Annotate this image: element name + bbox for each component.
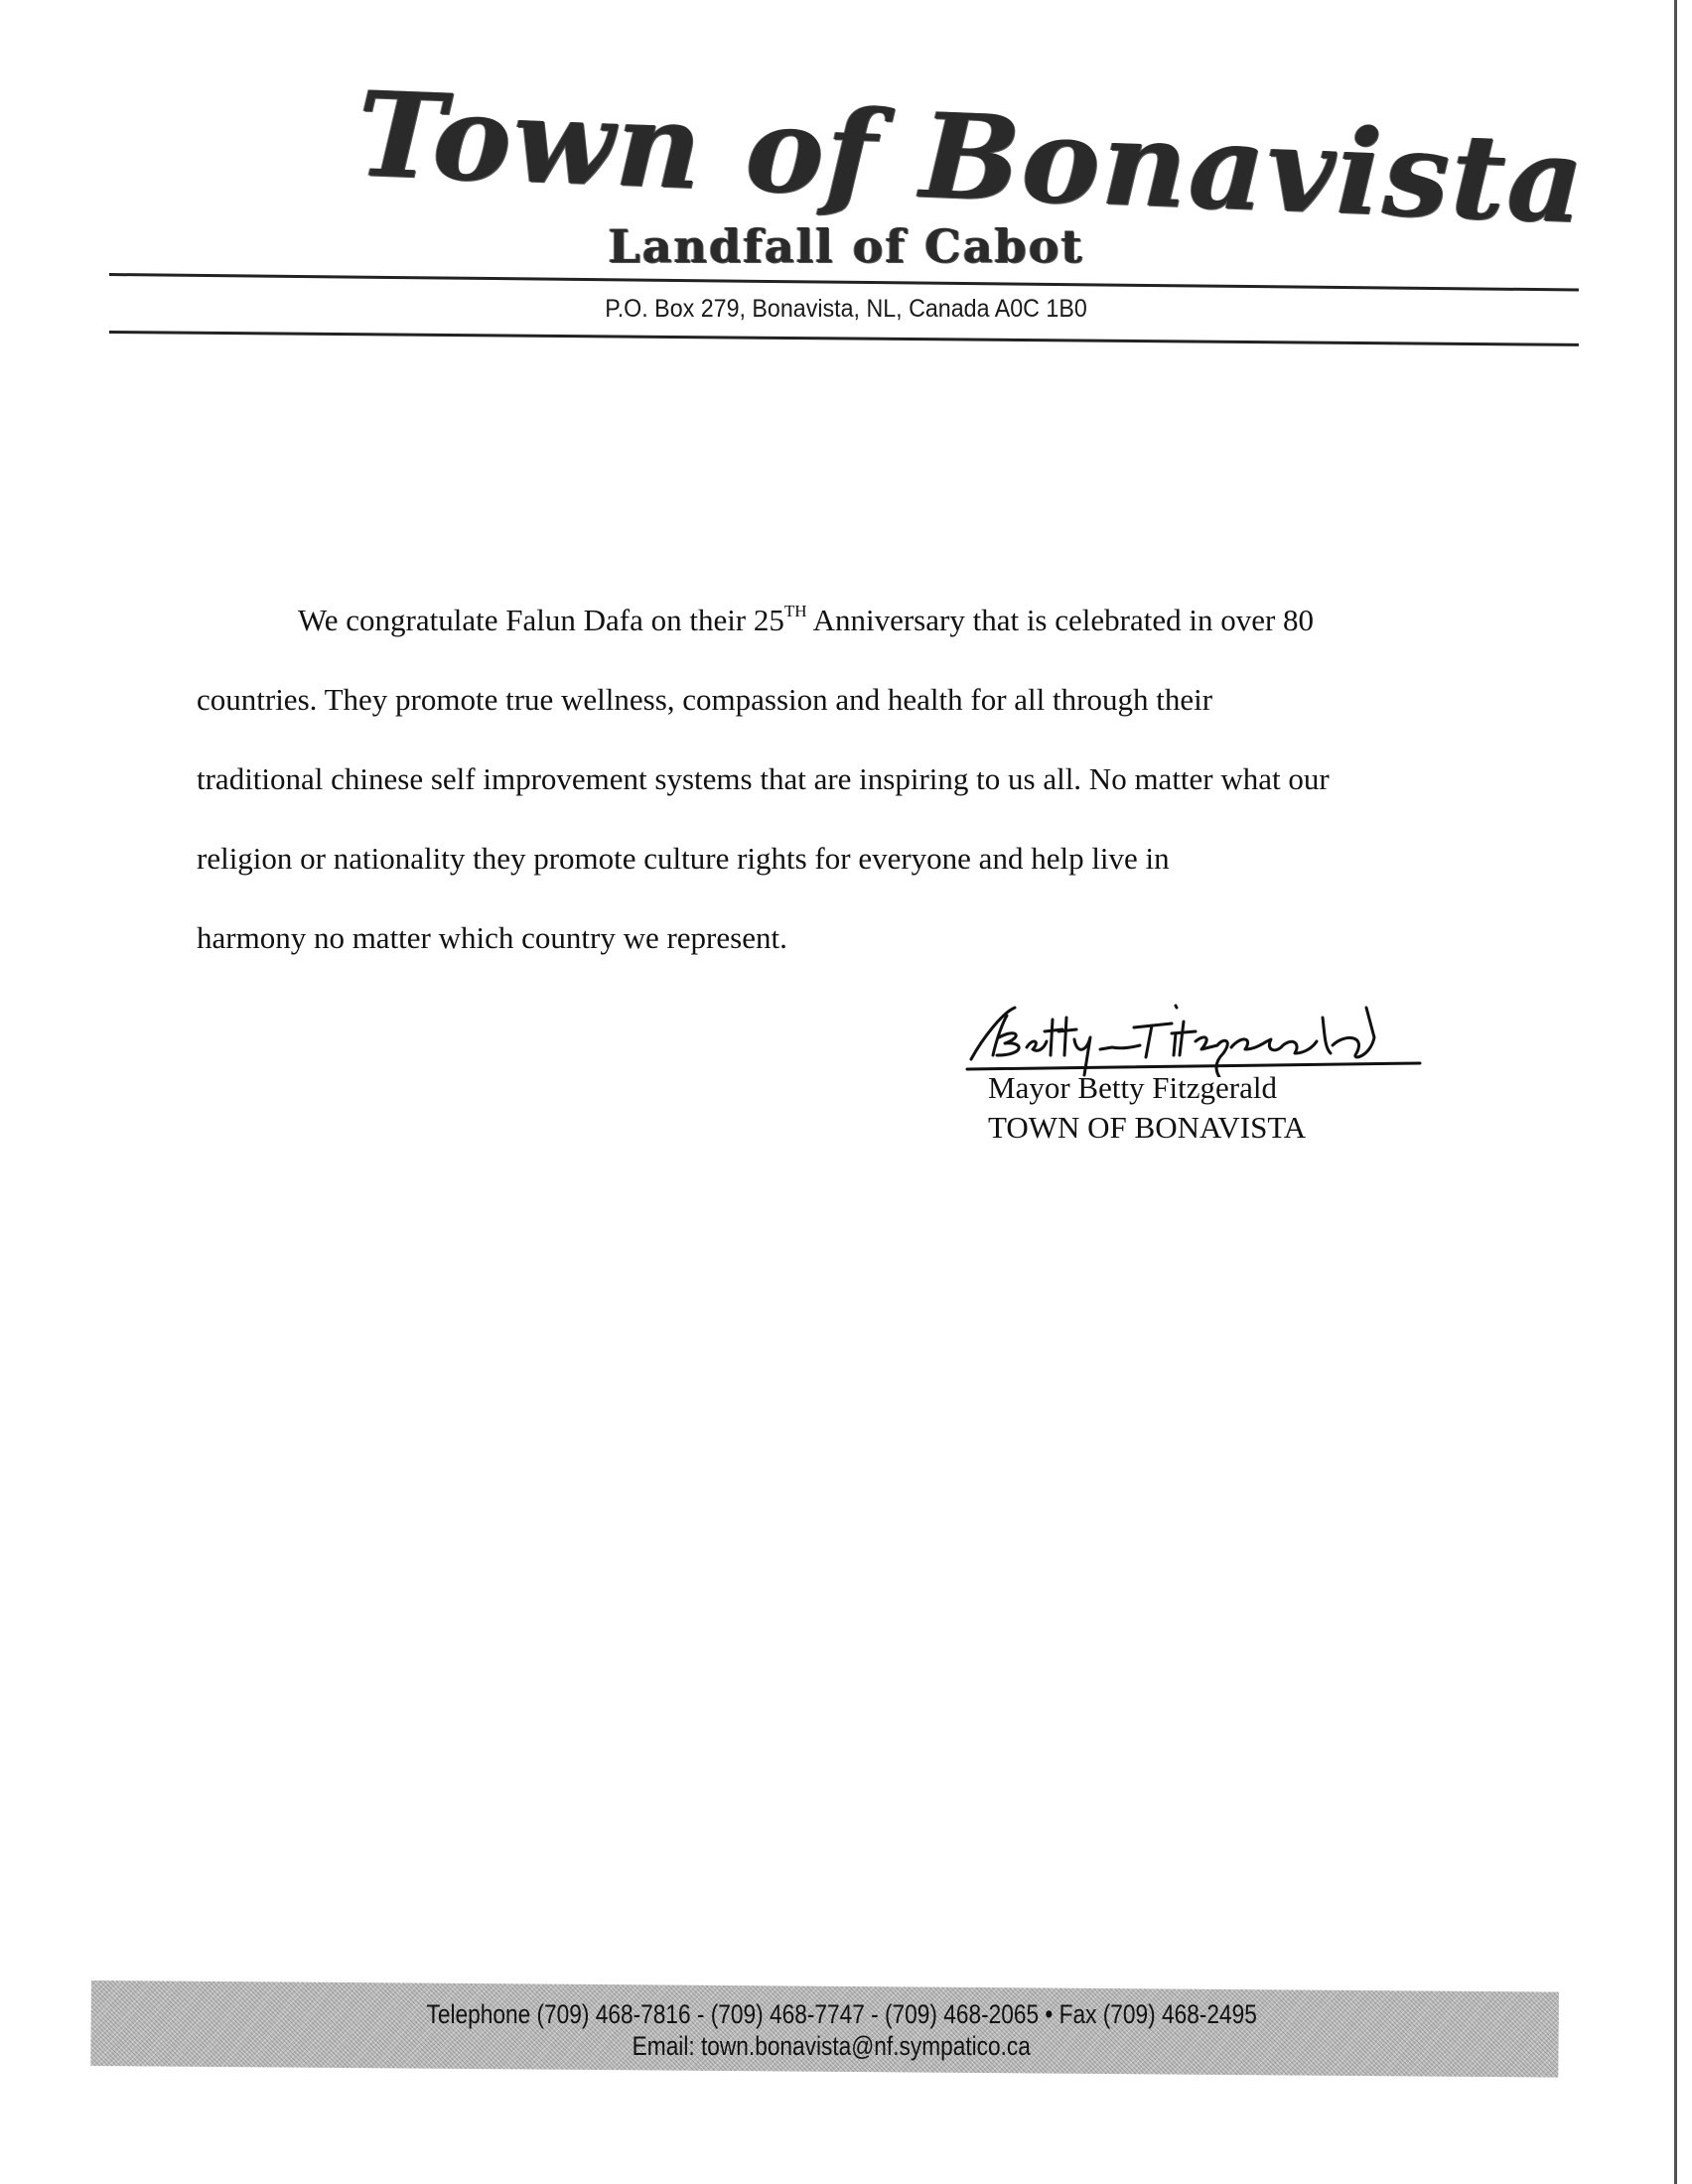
body-line-2: countries. They promote true wellness, c… [197, 680, 1212, 720]
header-divider-top [109, 273, 1579, 291]
scan-edge-line [1674, 0, 1677, 2184]
handwritten-signature [963, 998, 1430, 1077]
letterhead-address: P.O. Box 279, Bonavista, NL, Canada A0C … [60, 294, 1633, 324]
body-line-1-text-cont: Anniversary that is celebrated in over 8… [807, 603, 1314, 637]
header-divider-bottom [109, 331, 1579, 346]
body-line-3: traditional chinese self improvement sys… [197, 759, 1330, 799]
body-line-1: We congratulate Falun Dafa on their 25TH… [298, 601, 1314, 640]
signatory-name: Mayor Betty Fitzgerald [988, 1070, 1277, 1106]
body-line-1-text: We congratulate Falun Dafa on their 25 [298, 603, 784, 637]
body-line-4: religion or nationality they promote cul… [197, 839, 1170, 879]
footer-email: Email: town.bonavista@nf.sympatico.ca [121, 2031, 1542, 2061]
signatory-organization: TOWN OF BONAVISTA [988, 1110, 1306, 1146]
ordinal-superscript: TH [784, 602, 807, 620]
body-line-5: harmony no matter which country we repre… [197, 918, 787, 958]
footer-phone-numbers: Telephone (709) 468-7816 - (709) 468-774… [131, 1999, 1552, 2029]
letterhead-subtitle: Landfall of Cabot [0, 218, 1692, 274]
